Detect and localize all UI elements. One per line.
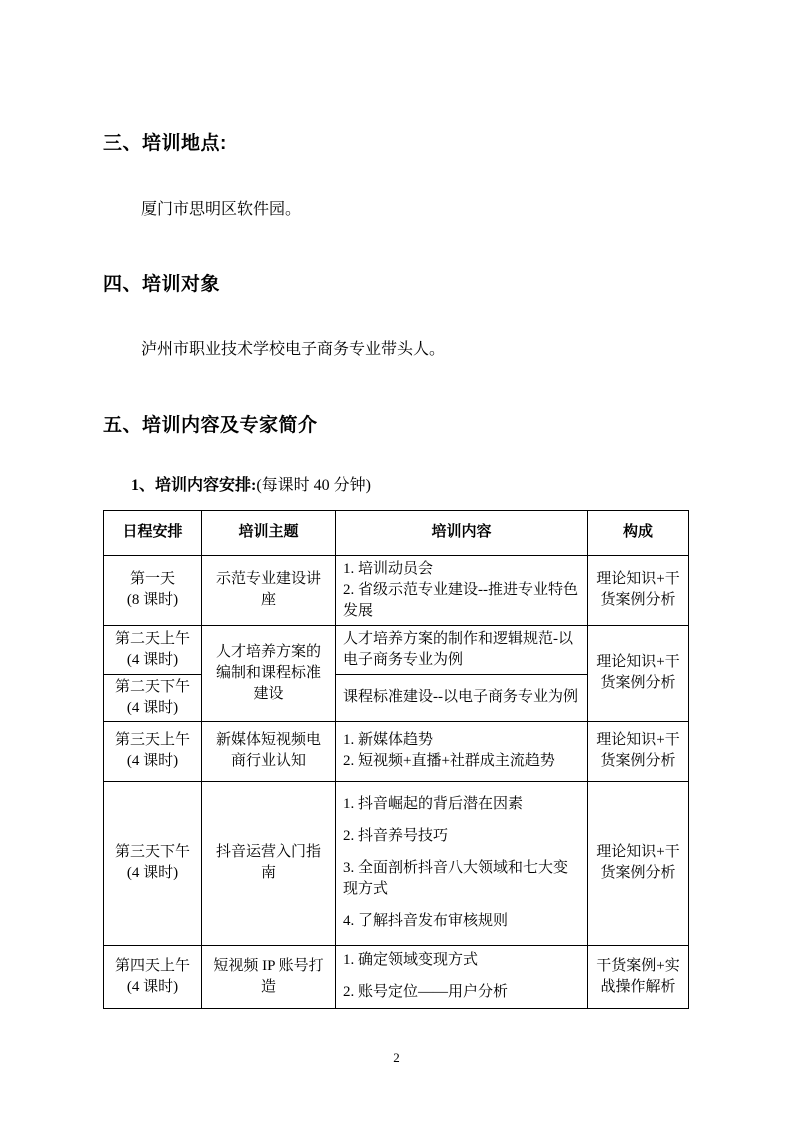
cell-composition: 理论知识+干货案例分析 xyxy=(588,781,689,945)
section-heading-training-location: 三、培训地点: xyxy=(103,133,690,156)
cell-composition: 理论知识+干货案例分析 xyxy=(588,721,689,781)
cell-schedule: 第二天下午 (4 课时) xyxy=(104,674,202,721)
cell-composition: 理论知识+干货案例分析 xyxy=(588,555,689,625)
cell-schedule: 第三天下午 (4 课时) xyxy=(104,781,202,945)
subsection-note: (每课时 40 分钟) xyxy=(256,477,371,494)
cell-content: 1. 培训动员会2. 省级示范专业建设--推进专业特色发展 xyxy=(336,555,588,625)
table-row: 第二天上午 (4 课时) 人才培养方案的编制和课程标准建设 人才培养方案的制作和… xyxy=(104,625,689,674)
section-body-training-location: 厦门市思明区软件园。 xyxy=(103,200,690,221)
header-content: 培训内容 xyxy=(336,510,588,555)
header-schedule: 日程安排 xyxy=(104,510,202,555)
cell-content: 1. 抖音崛起的背后潜在因素2. 抖音养号技巧3. 全面剖析抖音八大领域和七大变… xyxy=(336,781,588,945)
cell-content: 1. 新媒体趋势2. 短视频+直播+社群成主流趋势 xyxy=(336,721,588,781)
cell-composition: 理论知识+干货案例分析 xyxy=(588,625,689,721)
cell-topic: 短视频 IP 账号打造 xyxy=(202,945,336,1008)
cell-schedule: 第四天上午 (4 课时) xyxy=(104,945,202,1008)
cell-schedule: 第二天上午 (4 课时) xyxy=(104,625,202,674)
cell-topic: 人才培养方案的编制和课程标准建设 xyxy=(202,625,336,721)
table-header-row: 日程安排 培训主题 培训内容 构成 xyxy=(104,510,689,555)
cell-composition: 干货案例+实战操作解析 xyxy=(588,945,689,1008)
header-composition: 构成 xyxy=(588,510,689,555)
table-row: 第三天下午 (4 课时) 抖音运营入门指南 1. 抖音崛起的背后潜在因素2. 抖… xyxy=(104,781,689,945)
section-heading-training-content: 五、培训内容及专家简介 xyxy=(103,415,690,438)
document-page: 三、培训地点: 厦门市思明区软件园。 四、培训对象 泸州市职业技术学校电子商务专… xyxy=(0,0,793,1122)
cell-topic: 抖音运营入门指南 xyxy=(202,781,336,945)
cell-schedule: 第一天 (8 课时) xyxy=(104,555,202,625)
cell-content: 1. 确定领域变现方式2. 账号定位——用户分析 xyxy=(336,945,588,1008)
cell-topic: 新媒体短视频电商行业认知 xyxy=(202,721,336,781)
table-row: 第三天上午 (4 课时) 新媒体短视频电商行业认知 1. 新媒体趋势2. 短视频… xyxy=(104,721,689,781)
cell-content: 人才培养方案的制作和逻辑规范-以电子商务专业为例 xyxy=(336,625,588,674)
cell-topic: 示范专业建设讲座 xyxy=(202,555,336,625)
table-row: 第四天上午 (4 课时) 短视频 IP 账号打造 1. 确定领域变现方式2. 账… xyxy=(104,945,689,1008)
table-row: 第一天 (8 课时) 示范专业建设讲座 1. 培训动员会2. 省级示范专业建设-… xyxy=(104,555,689,625)
section-body-training-target: 泸州市职业技术学校电子商务专业带头人。 xyxy=(103,340,690,361)
page-number: 2 xyxy=(103,1050,690,1066)
training-schedule-table: 日程安排 培训主题 培训内容 构成 第一天 (8 课时) 示范专业建设讲座 1.… xyxy=(103,510,689,1009)
header-topic: 培训主题 xyxy=(202,510,336,555)
section-heading-training-target: 四、培训对象 xyxy=(103,274,690,297)
subsection-label: 1、培训内容安排: xyxy=(131,477,256,494)
subsection-heading: 1、培训内容安排:(每课时 40 分钟) xyxy=(103,476,690,497)
cell-schedule: 第三天上午 (4 课时) xyxy=(104,721,202,781)
cell-content: 课程标准建设--以电子商务专业为例 xyxy=(336,674,588,721)
